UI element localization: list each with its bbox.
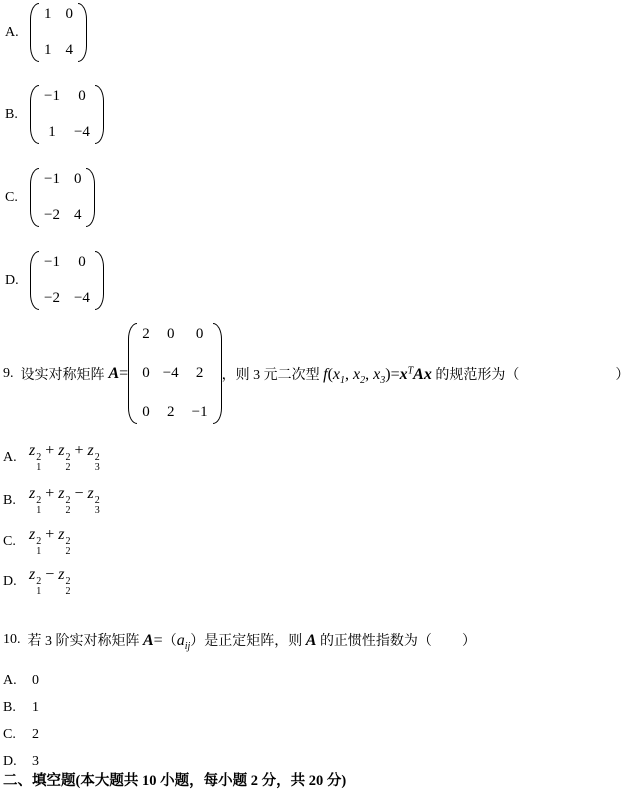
- math-token: z: [88, 485, 94, 502]
- math-token: A: [306, 632, 317, 649]
- question10-number: 10.: [3, 632, 21, 648]
- matrix-cell: 0: [196, 327, 204, 342]
- question8-option-b: B. −101−4: [5, 85, 104, 144]
- option-label: B.: [5, 107, 21, 123]
- matrix-cell: 4: [74, 208, 82, 223]
- matrix-2x2: −10−24: [30, 168, 95, 227]
- matrix-left-paren: [30, 3, 39, 62]
- matrix-cell: 0: [74, 172, 82, 187]
- option-label: D.: [3, 754, 19, 770]
- option-label: D.: [5, 273, 21, 289]
- math-token: A: [413, 366, 424, 383]
- math-token: z: [58, 485, 64, 502]
- option-expression: z21 − z22: [29, 566, 71, 597]
- matrix-cell: −1: [44, 89, 60, 104]
- option-label: A.: [5, 25, 21, 41]
- math-token: −: [41, 566, 58, 583]
- matrix-right-paren: [78, 3, 87, 62]
- math-stack: 22: [66, 577, 71, 597]
- question10-line: 10. 若 3 阶实对称矩阵 A=（aij）是正定矩阵，则 A 的正惯性指数为（…: [3, 630, 476, 650]
- question8-option-c: C. −10−24: [5, 168, 95, 227]
- math-token: 的规范形为（: [432, 368, 520, 383]
- math-token: x: [424, 366, 432, 383]
- option-value: 1: [32, 700, 39, 716]
- math-stack: 22: [66, 537, 71, 557]
- matrix-cell: 0: [66, 7, 74, 22]
- matrix-cell: 1: [44, 43, 52, 58]
- question9-option-d: D. z21 − z22: [3, 566, 71, 597]
- math-stack: 23: [95, 453, 100, 473]
- matrix-cell: 0: [78, 255, 86, 270]
- math-token: +: [71, 442, 88, 459]
- math-token: ,: [345, 366, 353, 383]
- matrix-2x2: −101−4: [30, 85, 104, 144]
- matrix-right-paren: [95, 85, 104, 144]
- math-token: A: [109, 365, 120, 382]
- matrix-cell: 1: [44, 7, 52, 22]
- matrix-cell: 1: [48, 125, 56, 140]
- matrix-2x2: 1014: [30, 3, 87, 62]
- math-token: ，则 3 元二次型: [222, 368, 324, 383]
- math-token: 若 3 阶实对称矩阵: [28, 634, 144, 649]
- math-token: z: [58, 566, 64, 583]
- question10-option-c: C. 2: [3, 727, 39, 743]
- matrix-cells: −10−2−4: [39, 251, 95, 310]
- math-token: x: [400, 366, 408, 383]
- question9-option-c: C. z21 + z22: [3, 526, 71, 557]
- question8-option-a: A. 1014: [5, 3, 87, 62]
- matrix-cells: 2000−4202−1: [137, 323, 212, 424]
- question9-option-b: B. z21 + z22 − z23: [3, 485, 100, 516]
- section2-header: 二、填空题(本大题共 10 小题，每小题 2 分，共 20 分): [3, 769, 346, 790]
- matrix-cell: −4: [163, 366, 179, 381]
- math-token: z: [29, 442, 35, 459]
- blank-close-paren: ）: [615, 364, 629, 384]
- math-token: =: [119, 365, 128, 382]
- math-token: z: [58, 442, 64, 459]
- matrix-left-paren: [30, 168, 39, 227]
- question8-option-d: D. −10−2−4: [5, 251, 104, 310]
- math-token: ）是正定矩阵，则: [190, 634, 306, 649]
- blank-close-paren: ）: [462, 630, 476, 650]
- matrix-cell: 0: [167, 327, 175, 342]
- matrix-name-equals: A=: [109, 365, 129, 383]
- option-label: C.: [3, 727, 19, 743]
- option-expression: z21 + z22 + z23: [29, 442, 100, 473]
- matrix-cell: 0: [142, 405, 150, 420]
- option-label: D.: [3, 574, 19, 590]
- question9-line: 9. 设实对称矩阵 A= 2000−4202−1 ，则 3 元二次型 f(x1,…: [3, 322, 629, 425]
- matrix-left-paren: [30, 251, 39, 310]
- matrix-cells: −10−24: [39, 168, 86, 227]
- math-token: +: [41, 485, 58, 502]
- matrix-cell: −2: [44, 291, 60, 306]
- question10-option-b: B. 1: [3, 700, 39, 716]
- exam-paper-page: A. 1014 B. −101−4 C. −10−24 D. −10−2−4: [0, 0, 642, 799]
- matrix-cell: −4: [74, 291, 90, 306]
- matrix-cell: −2: [44, 208, 60, 223]
- question10-text: 若 3 阶实对称矩阵 A=（aij）是正定矩阵，则 A 的正惯性指数为（: [28, 630, 432, 650]
- matrix-right-paren: [95, 251, 104, 310]
- math-token: ,: [365, 366, 373, 383]
- matrix-2x2: −10−2−4: [30, 251, 104, 310]
- math-token: +: [41, 442, 58, 459]
- option-expression: z21 + z22: [29, 526, 71, 557]
- question10-option-a: A. 0: [3, 673, 39, 689]
- matrix-cells: −101−4: [39, 85, 95, 144]
- math-token: a: [177, 632, 185, 649]
- option-label: A.: [3, 673, 19, 689]
- math-token: z: [29, 485, 35, 502]
- math-token: z: [29, 566, 35, 583]
- math-token: +: [41, 526, 58, 543]
- option-value: 3: [32, 754, 39, 770]
- math-stack: 23: [95, 496, 100, 516]
- math-token: z: [29, 526, 35, 543]
- math-token: −: [71, 485, 88, 502]
- question9-tail-text: ，则 3 元二次型 f(x1, x2, x3)=xTAx 的规范形为（: [222, 364, 520, 384]
- matrix-cell: −4: [74, 125, 90, 140]
- math-token: =: [154, 632, 163, 649]
- question9-lead-text: 设实对称矩阵: [21, 364, 105, 384]
- math-token: x: [333, 366, 340, 383]
- matrix-cell: 0: [142, 366, 150, 381]
- question9-number: 9.: [3, 366, 14, 382]
- matrix-left-paren: [30, 85, 39, 144]
- math-token: A: [143, 632, 154, 649]
- option-expression: z21 + z22 − z23: [29, 485, 100, 516]
- option-value: 2: [32, 727, 39, 743]
- matrix-3x3: 2000−4202−1: [128, 323, 221, 424]
- matrix-cell: 2: [167, 405, 175, 420]
- matrix-cell: −1: [192, 405, 208, 420]
- option-label: B.: [3, 493, 19, 509]
- matrix-right-paren: [86, 168, 95, 227]
- option-label: C.: [3, 534, 19, 550]
- question9-option-a: A. z21 + z22 + z23: [3, 442, 100, 473]
- matrix-cells: 1014: [39, 3, 78, 62]
- matrix-cell: 2: [196, 366, 204, 381]
- option-label: A.: [3, 450, 19, 466]
- matrix-left-paren: [128, 323, 137, 424]
- option-value: 0: [32, 673, 39, 689]
- matrix-cell: 0: [78, 89, 86, 104]
- math-token: z: [58, 526, 64, 543]
- matrix-cell: −1: [44, 255, 60, 270]
- math-token: 的正惯性指数为（: [316, 634, 432, 649]
- matrix-cell: −1: [44, 172, 60, 187]
- option-label: B.: [3, 700, 19, 716]
- math-token: )=: [385, 366, 399, 383]
- option-label: C.: [5, 190, 21, 206]
- question10-option-d: D. 3: [3, 754, 39, 770]
- matrix-cell: 2: [142, 327, 150, 342]
- matrix-cell: 4: [66, 43, 74, 58]
- matrix-right-paren: [213, 323, 222, 424]
- math-token: z: [88, 442, 94, 459]
- math-token: （: [163, 634, 177, 649]
